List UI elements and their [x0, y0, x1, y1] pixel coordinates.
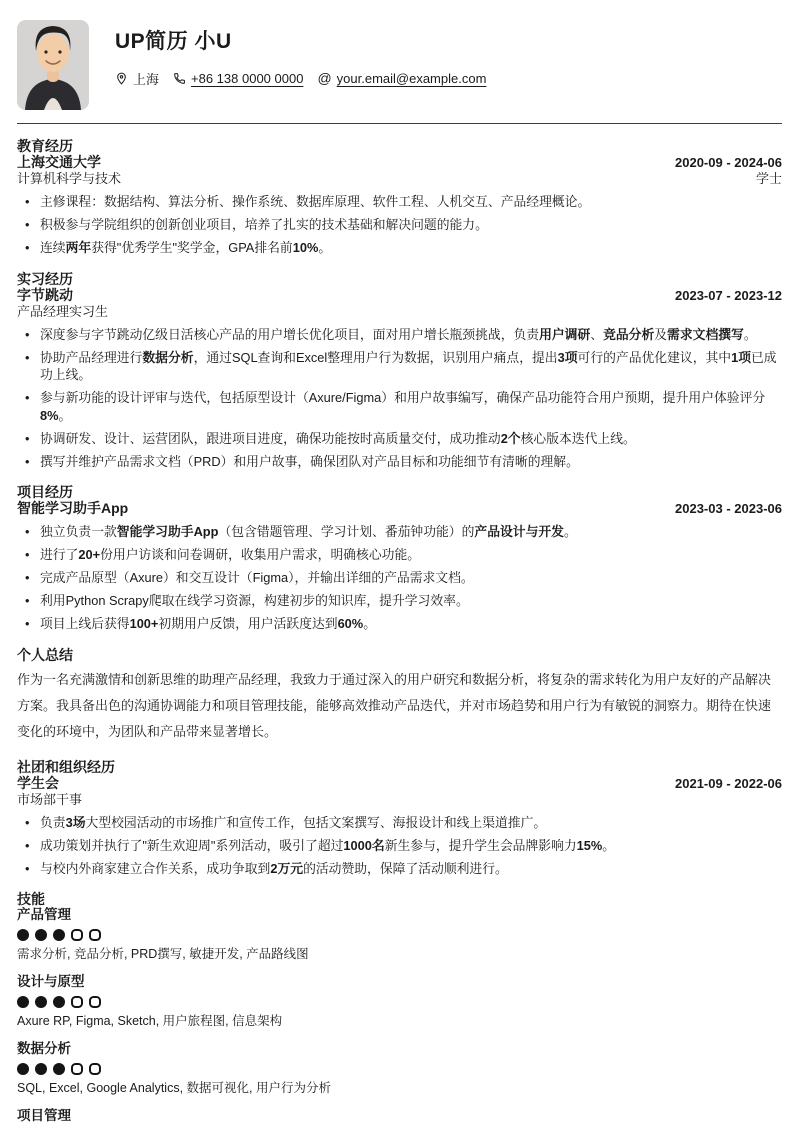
resume-page: UP简历 小U 上海 +86 138 0000 0000 @ your.em: [0, 0, 799, 1124]
entry-date: 2020-09 - 2024-06: [675, 155, 782, 171]
section-summary: 个人总结作为一名充满激情和创新思维的助理产品经理，我致力于通过深入的用户研究和数…: [17, 647, 782, 745]
entry-bullets: 独立负责一款智能学习助手App（包含错题管理、学习计划、番茄钟功能）的产品设计与…: [17, 523, 782, 633]
bullet-item: 连续两年获得"优秀学生"奖学金，GPA排名前10%。: [40, 239, 782, 257]
section-education: 教育经历上海交通大学2020-09 - 2024-06计算机科学与技术学士主修课…: [17, 138, 782, 257]
skill-dot-empty: [89, 996, 101, 1008]
resume-sections: 教育经历上海交通大学2020-09 - 2024-06计算机科学与技术学士主修课…: [17, 138, 782, 1124]
bullet-item: 独立负责一款智能学习助手App（包含错题管理、学习计划、番茄钟功能）的产品设计与…: [40, 523, 782, 541]
entry-date: 2021-09 - 2022-06: [675, 776, 782, 792]
bullet-item: 与校内外商家建立合作关系，成功争取到2万元的活动赞助，保障了活动顺利进行。: [40, 860, 782, 878]
entry-org: 字节跳动: [17, 287, 73, 303]
location-item: 上海: [115, 69, 159, 88]
skill-group: 数据分析SQL, Excel, Google Analytics, 数据可视化,…: [17, 1041, 782, 1096]
skill-dot-filled: [53, 929, 65, 941]
entry-bullets: 主修课程：数据结构、算法分析、操作系统、数据库原理、软件工程、人机交互、产品经理…: [17, 193, 782, 257]
entry-role: 产品经理实习生: [17, 304, 108, 320]
skill-dot-empty: [71, 1063, 83, 1075]
location-pin-icon: [115, 72, 128, 85]
section-organizations: 社团和组织经历学生会2021-09 - 2022-06市场部干事负责3场大型校园…: [17, 759, 782, 878]
location-text: 上海: [133, 69, 159, 88]
entry-date: 2023-03 - 2023-06: [675, 501, 782, 517]
bullet-item: 撰写并维护产品需求文档（PRD）和用户故事，确保团队对产品目标和功能细节有清晰的…: [40, 453, 782, 471]
email-link[interactable]: @ your.email@example.com: [317, 71, 486, 86]
skill-dot-filled: [35, 929, 47, 941]
section-title: 个人总结: [17, 647, 782, 663]
skill-name: 产品管理: [17, 907, 782, 923]
entry-header: 学生会2021-09 - 2022-06: [17, 775, 782, 792]
skill-keywords: 需求分析, 竞品分析, PRD撰写, 敏捷开发, 产品路线图: [17, 946, 782, 962]
candidate-name: UP简历 小U: [115, 30, 486, 54]
skill-dot-filled: [35, 996, 47, 1008]
skill-level: [17, 996, 782, 1008]
resume-header: UP简历 小U 上海 +86 138 0000 0000 @ your.em: [17, 20, 782, 110]
skill-dot-empty: [89, 929, 101, 941]
entry-header: 上海交通大学2020-09 - 2024-06: [17, 154, 782, 171]
profile-photo-illustration: [17, 20, 89, 110]
skill-name: 项目管理: [17, 1108, 782, 1124]
skill-dot-empty: [71, 996, 83, 1008]
section-skills: 技能产品管理需求分析, 竞品分析, PRD撰写, 敏捷开发, 产品路线图设计与原…: [17, 891, 782, 1124]
bullet-item: 深度参与字节跳动亿级日活核心产品的用户增长优化项目，面对用户增长瓶颈挑战，负责用…: [40, 326, 782, 344]
skill-dot-filled: [35, 1063, 47, 1075]
entry-header: 智能学习助手App2023-03 - 2023-06: [17, 500, 782, 517]
bullet-item: 积极参与学院组织的创新创业项目，培养了扎实的技术基础和解决问题的能力。: [40, 216, 782, 234]
entry-role: 市场部干事: [17, 792, 82, 808]
entry-subtitle-row: 产品经理实习生: [17, 304, 782, 320]
section-title: 社团和组织经历: [17, 759, 782, 775]
bullet-item: 协助产品经理进行数据分析，通过SQL查询和Excel整理用户行为数据，识别用户痛…: [40, 349, 782, 384]
bullet-item: 参与新功能的设计评审与迭代，包括原型设计（Axure/Figma）和用户故事编写…: [40, 389, 782, 424]
skill-level: [17, 929, 782, 941]
skill-name: 数据分析: [17, 1041, 782, 1057]
section-title: 实习经历: [17, 271, 782, 287]
entry-org: 上海交通大学: [17, 154, 101, 170]
bullet-item: 负责3场大型校园活动的市场推广和宣传工作，包括文案撰写、海报设计和线上渠道推广。: [40, 814, 782, 832]
skill-keywords: SQL, Excel, Google Analytics, 数据可视化, 用户行…: [17, 1080, 782, 1096]
entry-subtitle-row: 市场部干事: [17, 792, 782, 808]
bullet-item: 完成产品原型（Axure）和交互设计（Figma），并输出详细的产品需求文档。: [40, 569, 782, 587]
entry-bullets: 负责3场大型校园活动的市场推广和宣传工作，包括文案撰写、海报设计和线上渠道推广。…: [17, 814, 782, 878]
entry-org: 学生会: [17, 775, 59, 791]
phone-text: +86 138 0000 0000: [191, 71, 303, 86]
entry-degree: 学士: [756, 171, 782, 187]
section-title: 技能: [17, 891, 782, 907]
section-title: 项目经历: [17, 484, 782, 500]
skill-dot-empty: [71, 929, 83, 941]
skill-dot-empty: [89, 1063, 101, 1075]
skill-level: [17, 1063, 782, 1075]
email-text: your.email@example.com: [337, 71, 487, 86]
header-divider: [17, 123, 782, 124]
section-title: 教育经历: [17, 138, 782, 154]
section-project: 项目经历智能学习助手App2023-03 - 2023-06独立负责一款智能学习…: [17, 484, 782, 633]
profile-photo: [17, 20, 89, 110]
phone-link[interactable]: +86 138 0000 0000: [173, 71, 303, 86]
contact-row: 上海 +86 138 0000 0000 @ your.email@exampl…: [115, 69, 486, 88]
skill-group: 项目管理: [17, 1108, 782, 1124]
skill-name: 设计与原型: [17, 974, 782, 990]
entry-date: 2023-07 - 2023-12: [675, 288, 782, 304]
bullet-item: 协调研发、设计、运营团队，跟进项目进度，确保功能按时高质量交付，成功推动2个核心…: [40, 430, 782, 448]
bullet-item: 利用Python Scrapy爬取在线学习资源，构建初步的知识库，提升学习效率。: [40, 592, 782, 610]
summary-text: 作为一名充满激情和创新思维的助理产品经理，我致力于通过深入的用户研究和数据分析，…: [17, 667, 782, 745]
phone-icon: [173, 72, 186, 85]
identity-block: UP简历 小U 上海 +86 138 0000 0000 @ your.em: [115, 20, 486, 88]
skill-dot-filled: [17, 1063, 29, 1075]
skill-keywords: Axure RP, Figma, Sketch, 用户旅程图, 信息架构: [17, 1013, 782, 1029]
skill-group: 产品管理需求分析, 竞品分析, PRD撰写, 敏捷开发, 产品路线图: [17, 907, 782, 962]
bullet-item: 进行了20+份用户访谈和问卷调研，收集用户需求，明确核心功能。: [40, 546, 782, 564]
skill-group: 设计与原型Axure RP, Figma, Sketch, 用户旅程图, 信息架…: [17, 974, 782, 1029]
entry-subtitle-row: 计算机科学与技术学士: [17, 171, 782, 187]
entry-bullets: 深度参与字节跳动亿级日活核心产品的用户增长优化项目，面对用户增长瓶颈挑战，负责用…: [17, 326, 782, 471]
skill-dot-filled: [17, 996, 29, 1008]
entry-role: 计算机科学与技术: [17, 171, 121, 187]
at-icon: @: [317, 72, 331, 85]
skill-dot-filled: [53, 996, 65, 1008]
entry-header: 字节跳动2023-07 - 2023-12: [17, 287, 782, 304]
skill-dot-filled: [17, 929, 29, 941]
bullet-item: 成功策划并执行了"新生欢迎周"系列活动，吸引了超过1000名新生参与，提升学生会…: [40, 837, 782, 855]
bullet-item: 主修课程：数据结构、算法分析、操作系统、数据库原理、软件工程、人机交互、产品经理…: [40, 193, 782, 211]
entry-org: 智能学习助手App: [17, 500, 128, 516]
skill-dot-filled: [53, 1063, 65, 1075]
bullet-item: 项目上线后获得100+初期用户反馈，用户活跃度达到60%。: [40, 615, 782, 633]
section-internship: 实习经历字节跳动2023-07 - 2023-12产品经理实习生深度参与字节跳动…: [17, 271, 782, 471]
